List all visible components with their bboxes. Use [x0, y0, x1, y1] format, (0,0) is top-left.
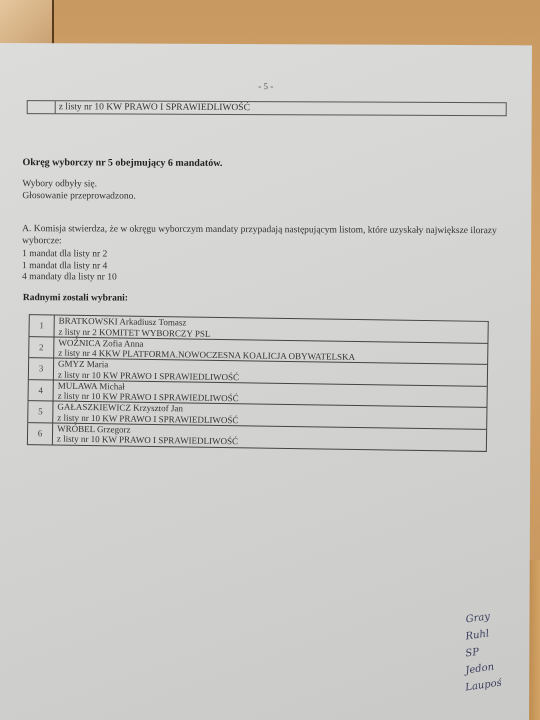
row-number: 5	[28, 401, 53, 422]
carry-over-number	[28, 101, 56, 113]
wood-seam	[52, 0, 54, 44]
elected-heading: Radnymi zostali wybrani:	[23, 293, 128, 303]
mandate-item: 4 mandaty dla listy nr 10	[22, 272, 117, 284]
held-line: Głosowanie przeprowadzono.	[22, 191, 135, 203]
row-number: 6	[28, 423, 53, 445]
row-number: 2	[29, 337, 54, 358]
held-paragraph: Wybory odbyły się. Głosowanie przeprowad…	[22, 179, 136, 202]
mandate-item: 1 mandat dla listy nr 4	[22, 261, 117, 273]
district-heading: Okręg wyborczy nr 5 obejmujący 6 mandató…	[22, 157, 222, 169]
carry-over-row: z listy nr 10 KW PRAWO I SPRAWIEDLIWOŚĆ	[27, 100, 507, 116]
document-page: - 5 - z listy nr 10 KW PRAWO I SPRAWIEDL…	[0, 43, 532, 720]
wood-surface	[0, 0, 52, 44]
row-number: 3	[29, 358, 54, 379]
signatures: Gray Ruhl SP Jedon Laupoś	[465, 608, 515, 693]
statement-paragraph: A. Komisja stwierdza, że w okręgu wyborc…	[22, 224, 502, 249]
councillor-list: z listy nr 10 KW PRAWO I SPRAWIEDLIWOŚĆ	[57, 434, 238, 447]
mandates-list: 1 mandat dla listy nr 2 1 mandat dla lis…	[22, 249, 117, 284]
held-line: Wybory odbyły się.	[22, 179, 135, 191]
elected-table: 1 BRATKOWSKI Arkadiusz Tomaszz listy nr …	[27, 314, 489, 452]
page-number: - 5 -	[0, 80, 532, 92]
row-number: 1	[29, 315, 54, 336]
row-number: 4	[29, 380, 54, 401]
carry-over-text: z listy nr 10 KW PRAWO I SPRAWIEDLIWOŚĆ	[56, 101, 250, 114]
mandate-item: 1 mandat dla listy nr 2	[22, 249, 117, 261]
